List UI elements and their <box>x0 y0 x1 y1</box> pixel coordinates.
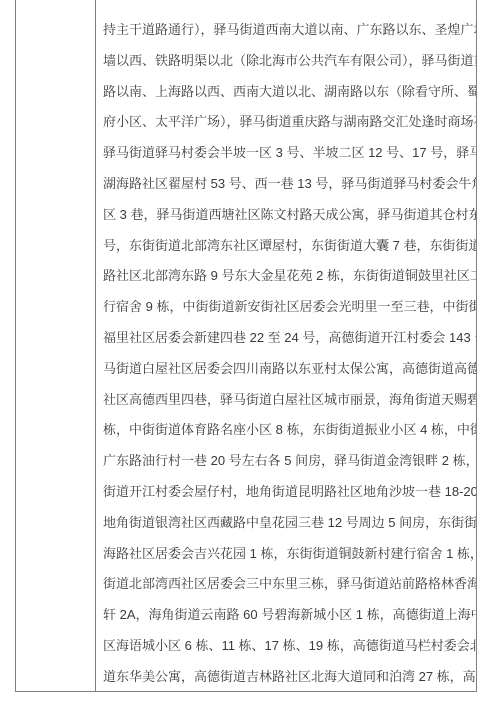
text-line: 社区高德西里四巷，驿马街道白屋社区城市丽景，海角街道天赐碧园 13 <box>103 385 468 416</box>
document-page: 持主干道路通行），驿马街道西南大道以南、广东路以东、圣煌广场东墙以西、铁路明渠以… <box>0 0 495 709</box>
text-line: 持主干道路通行），驿马街道西南大道以南、广东路以东、圣煌广场东 <box>103 15 468 46</box>
text-line: 墙以西、铁路明渠以北（除北海市公共汽车有限公司），驿马街道重庆 <box>103 46 468 77</box>
text-line: 福里社区居委会新建四巷 22 至 24 号，高德街道开江村委会 143 号，驿 <box>103 323 468 354</box>
text-line: 街道开江村委会屋仔村，地角街道昆明路社区地角沙坡一巷 18-20 号， <box>103 477 468 508</box>
text-line: 驿马街道驿马村委会半坡一区 3 号、半坡二区 12 号、17 号，驿马街道 <box>103 138 468 169</box>
text-line: 区海语城小区 6 栋、11 栋、17 栋、19 栋，高德街道马栏村委会北海大 <box>103 631 468 662</box>
text-line: 区 3 巷，驿马街道西塘社区陈文村路天成公寓，驿马街道其仓村东区 97 <box>103 200 468 231</box>
text-line: 海路社区居委会吉兴花园 1 栋，东街街道铜鼓新村建行宿舍 1 栋，中街 <box>103 539 468 570</box>
text-line: 路以南、上海路以西、西南大道以北、湖南路以东（除看守所、蜀海善 <box>103 77 468 108</box>
risk-area-table: 持主干道路通行），驿马街道西南大道以南、广东路以东、圣煌广场东墙以西、铁路明渠以… <box>15 0 477 692</box>
text-line: 号，东街街道北部湾东社区谭屋村，东街街道大囊 7 巷，东街街道茶亭 <box>103 231 468 262</box>
text-line: 行宿舍 9 栋，中街街道新安街社区居委会光明里一至三巷，中街街道幸 <box>103 292 468 323</box>
text-line: 街道北部湾西社区居委会三中东里三栋，驿马街道站前路格林香海怡海 <box>103 569 468 600</box>
text-line: 府小区、太平洋广场），驿马街道重庆路与湖南路交汇处逢时商场花园， <box>103 107 468 138</box>
text-line: 地角街道银湾社区西藏路中皇花园三巷 12 号周边 5 间房，东街街道湖 <box>103 508 468 539</box>
text-line: 湖海路社区翟屋村 53 号、西一巷 13 号，驿马街道驿马村委会牛角塘二 <box>103 169 468 200</box>
paragraph-lines: 持主干道路通行），驿马街道西南大道以南、广东路以东、圣煌广场东墙以西、铁路明渠以… <box>103 15 468 691</box>
text-line: 马街道白屋社区居委会四川南路以东亚村太保公寓，高德街道高德一居 <box>103 354 468 385</box>
table-cell-content: 持主干道路通行），驿马街道西南大道以南、广东路以东、圣煌广场东墙以西、铁路明渠以… <box>96 0 476 691</box>
text-line: 道东华美公寓，高德街道吉林路社区北海大道同和泊湾 27 栋，高德街道 <box>103 662 468 691</box>
text-line: 栋，中街街道体育路名座小区 8 栋，东街街道振业小区 4 栋，中街街道 <box>103 415 468 446</box>
table-cell-label <box>16 0 96 691</box>
text-line: 轩 2A，海角街道云南路 60 号碧海新城小区 1 栋，高德街道上海中路社 <box>103 600 468 631</box>
text-line: 路社区北部湾东路 9 号东大金星花苑 2 栋，东街街道铜鼓里社区工商银 <box>103 261 468 292</box>
text-line: 广东路油行村一巷 20 号左右各 5 间房，驿马街道金湾银畔 2 栋，高德 <box>103 446 468 477</box>
